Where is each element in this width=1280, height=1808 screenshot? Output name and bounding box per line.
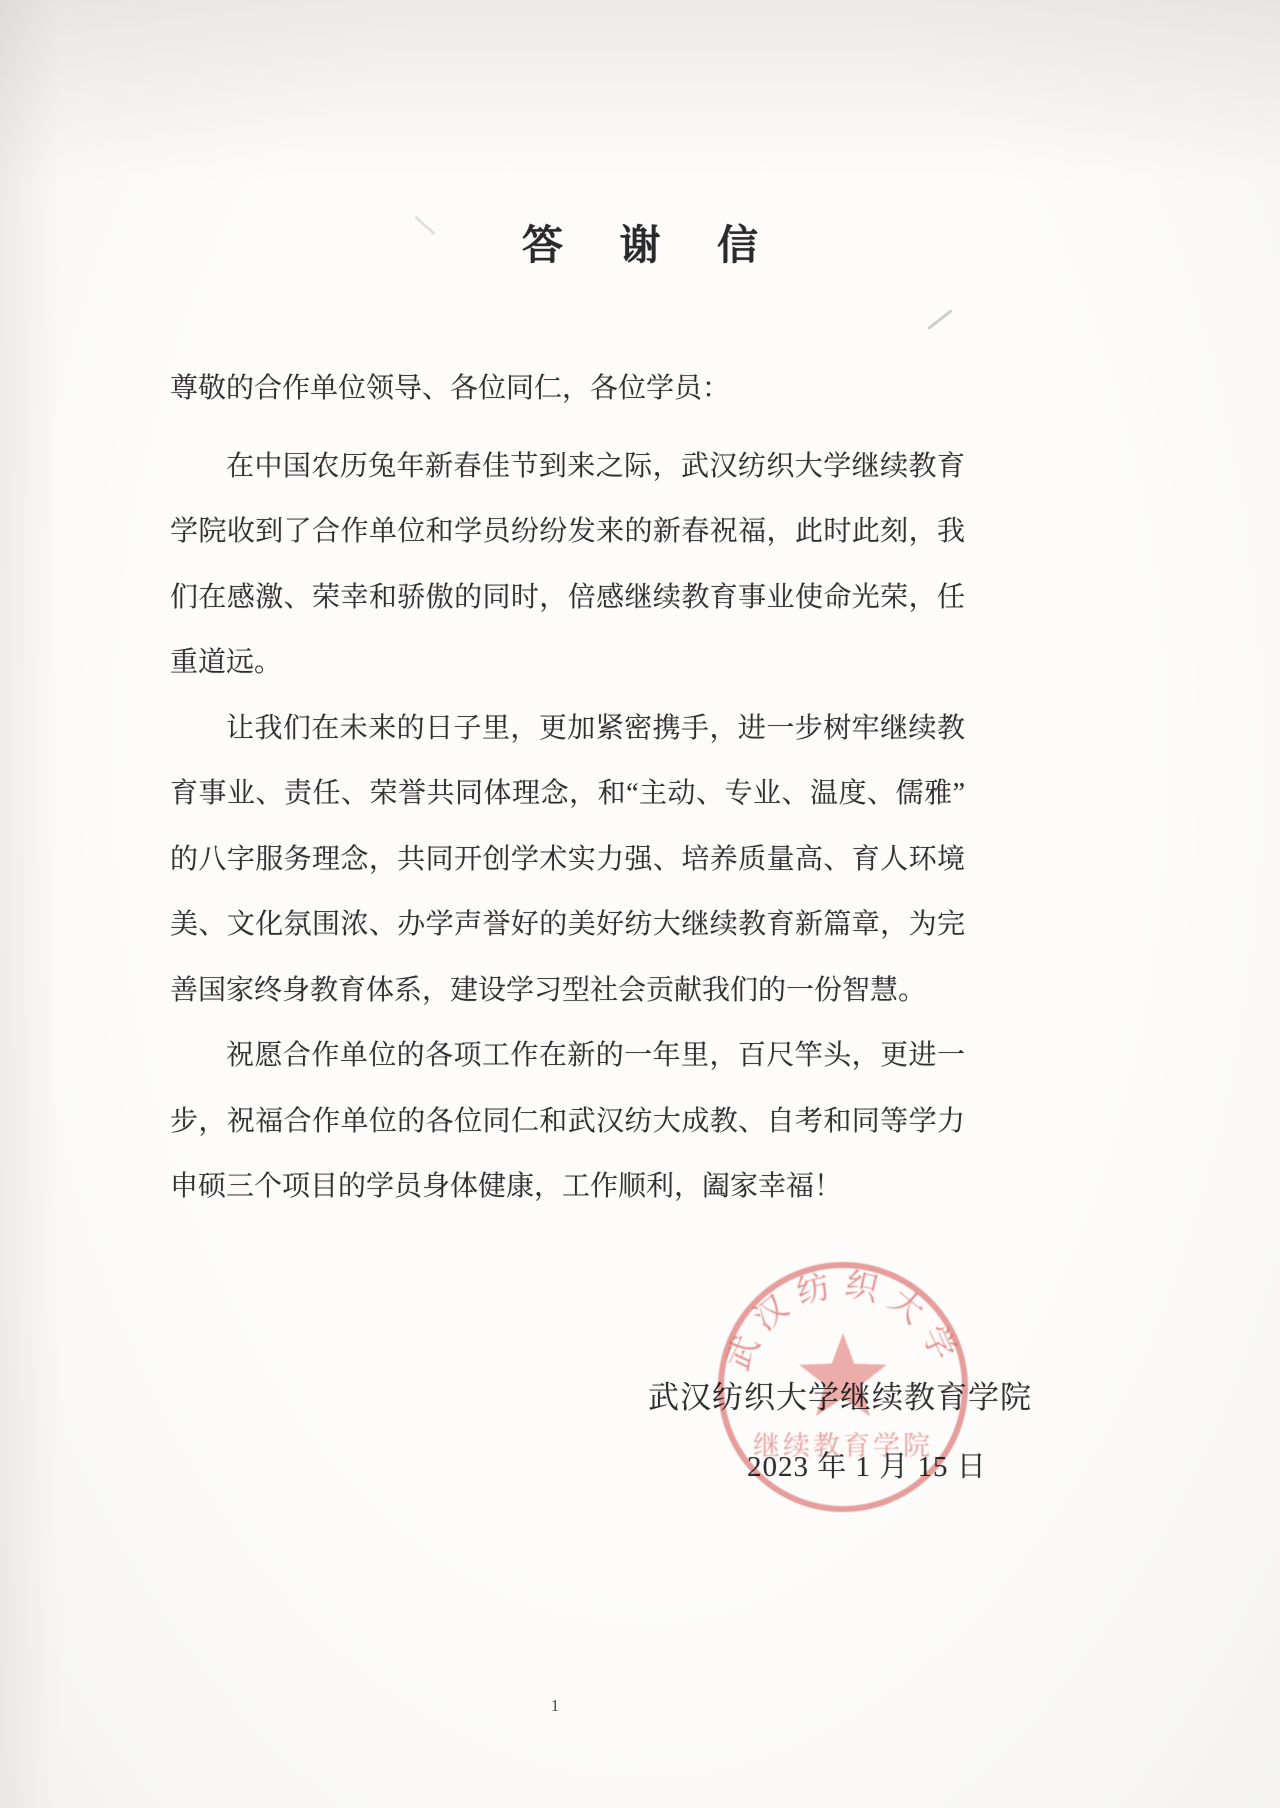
paragraph-line: 祝愿合作单位的各项工作在新的一年里，百尺竿头，更进一 [170, 1023, 965, 1089]
date-line: 2023 年 1 月 15 日 [747, 1444, 987, 1485]
paragraph-line: 学院收到了合作单位和学员纷纷发来的新春祝福，此时此刻，我 [170, 499, 965, 565]
salutation: 尊敬的合作单位领导、各位同仁，各位学员： [170, 356, 965, 422]
paragraph-line: 们在感激、荣幸和骄傲的同时，倍感继续教育事业使命光荣，任 [170, 565, 965, 631]
paragraph-line: 重道远。 [170, 630, 965, 696]
signature-line: 武汉纺织大学继续教育学院 [648, 1372, 1032, 1417]
page-number: 1 [540, 1696, 570, 1716]
seal-arc-text: 武汉纺织大学 [719, 1267, 966, 1376]
scanned-letter-page: 答 谢 信 尊敬的合作单位领导、各位同仁，各位学员： 在中国农历兔年新春佳节到来… [0, 0, 1280, 1808]
paragraph-line: 的八字服务理念，共同开创学术实力强、培养质量高、育人环境 [170, 827, 965, 893]
letter-title: 答 谢 信 [0, 212, 1280, 271]
paragraph-line: 美、文化氛围浓、办学声誉好的美好纺大继续教育新篇章，为完 [170, 892, 965, 958]
paragraph-line: 育事业、责任、荣誉共同体理念，和“主动、专业、温度、儒雅” [170, 761, 965, 827]
paragraph-line: 让我们在未来的日子里，更加紧密携手，进一步树牢继续教 [170, 696, 965, 762]
letter-body: 尊敬的合作单位领导、各位同仁，各位学员： 在中国农历兔年新春佳节到来之际，武汉纺… [170, 356, 965, 1220]
scan-artifact [927, 309, 952, 330]
paragraph-line: 步，祝福合作单位的各位同仁和武汉纺大成教、自考和同等学力 [170, 1089, 965, 1155]
paragraph-line: 在中国农历兔年新春佳节到来之际，武汉纺织大学继续教育 [170, 434, 965, 500]
paragraph-line: 申硕三个项目的学员身体健康，工作顺利，阖家幸福！ [170, 1154, 965, 1220]
paragraph-line: 善国家终身教育体系，建设学习型社会贡献我们的一份智慧。 [170, 958, 965, 1024]
